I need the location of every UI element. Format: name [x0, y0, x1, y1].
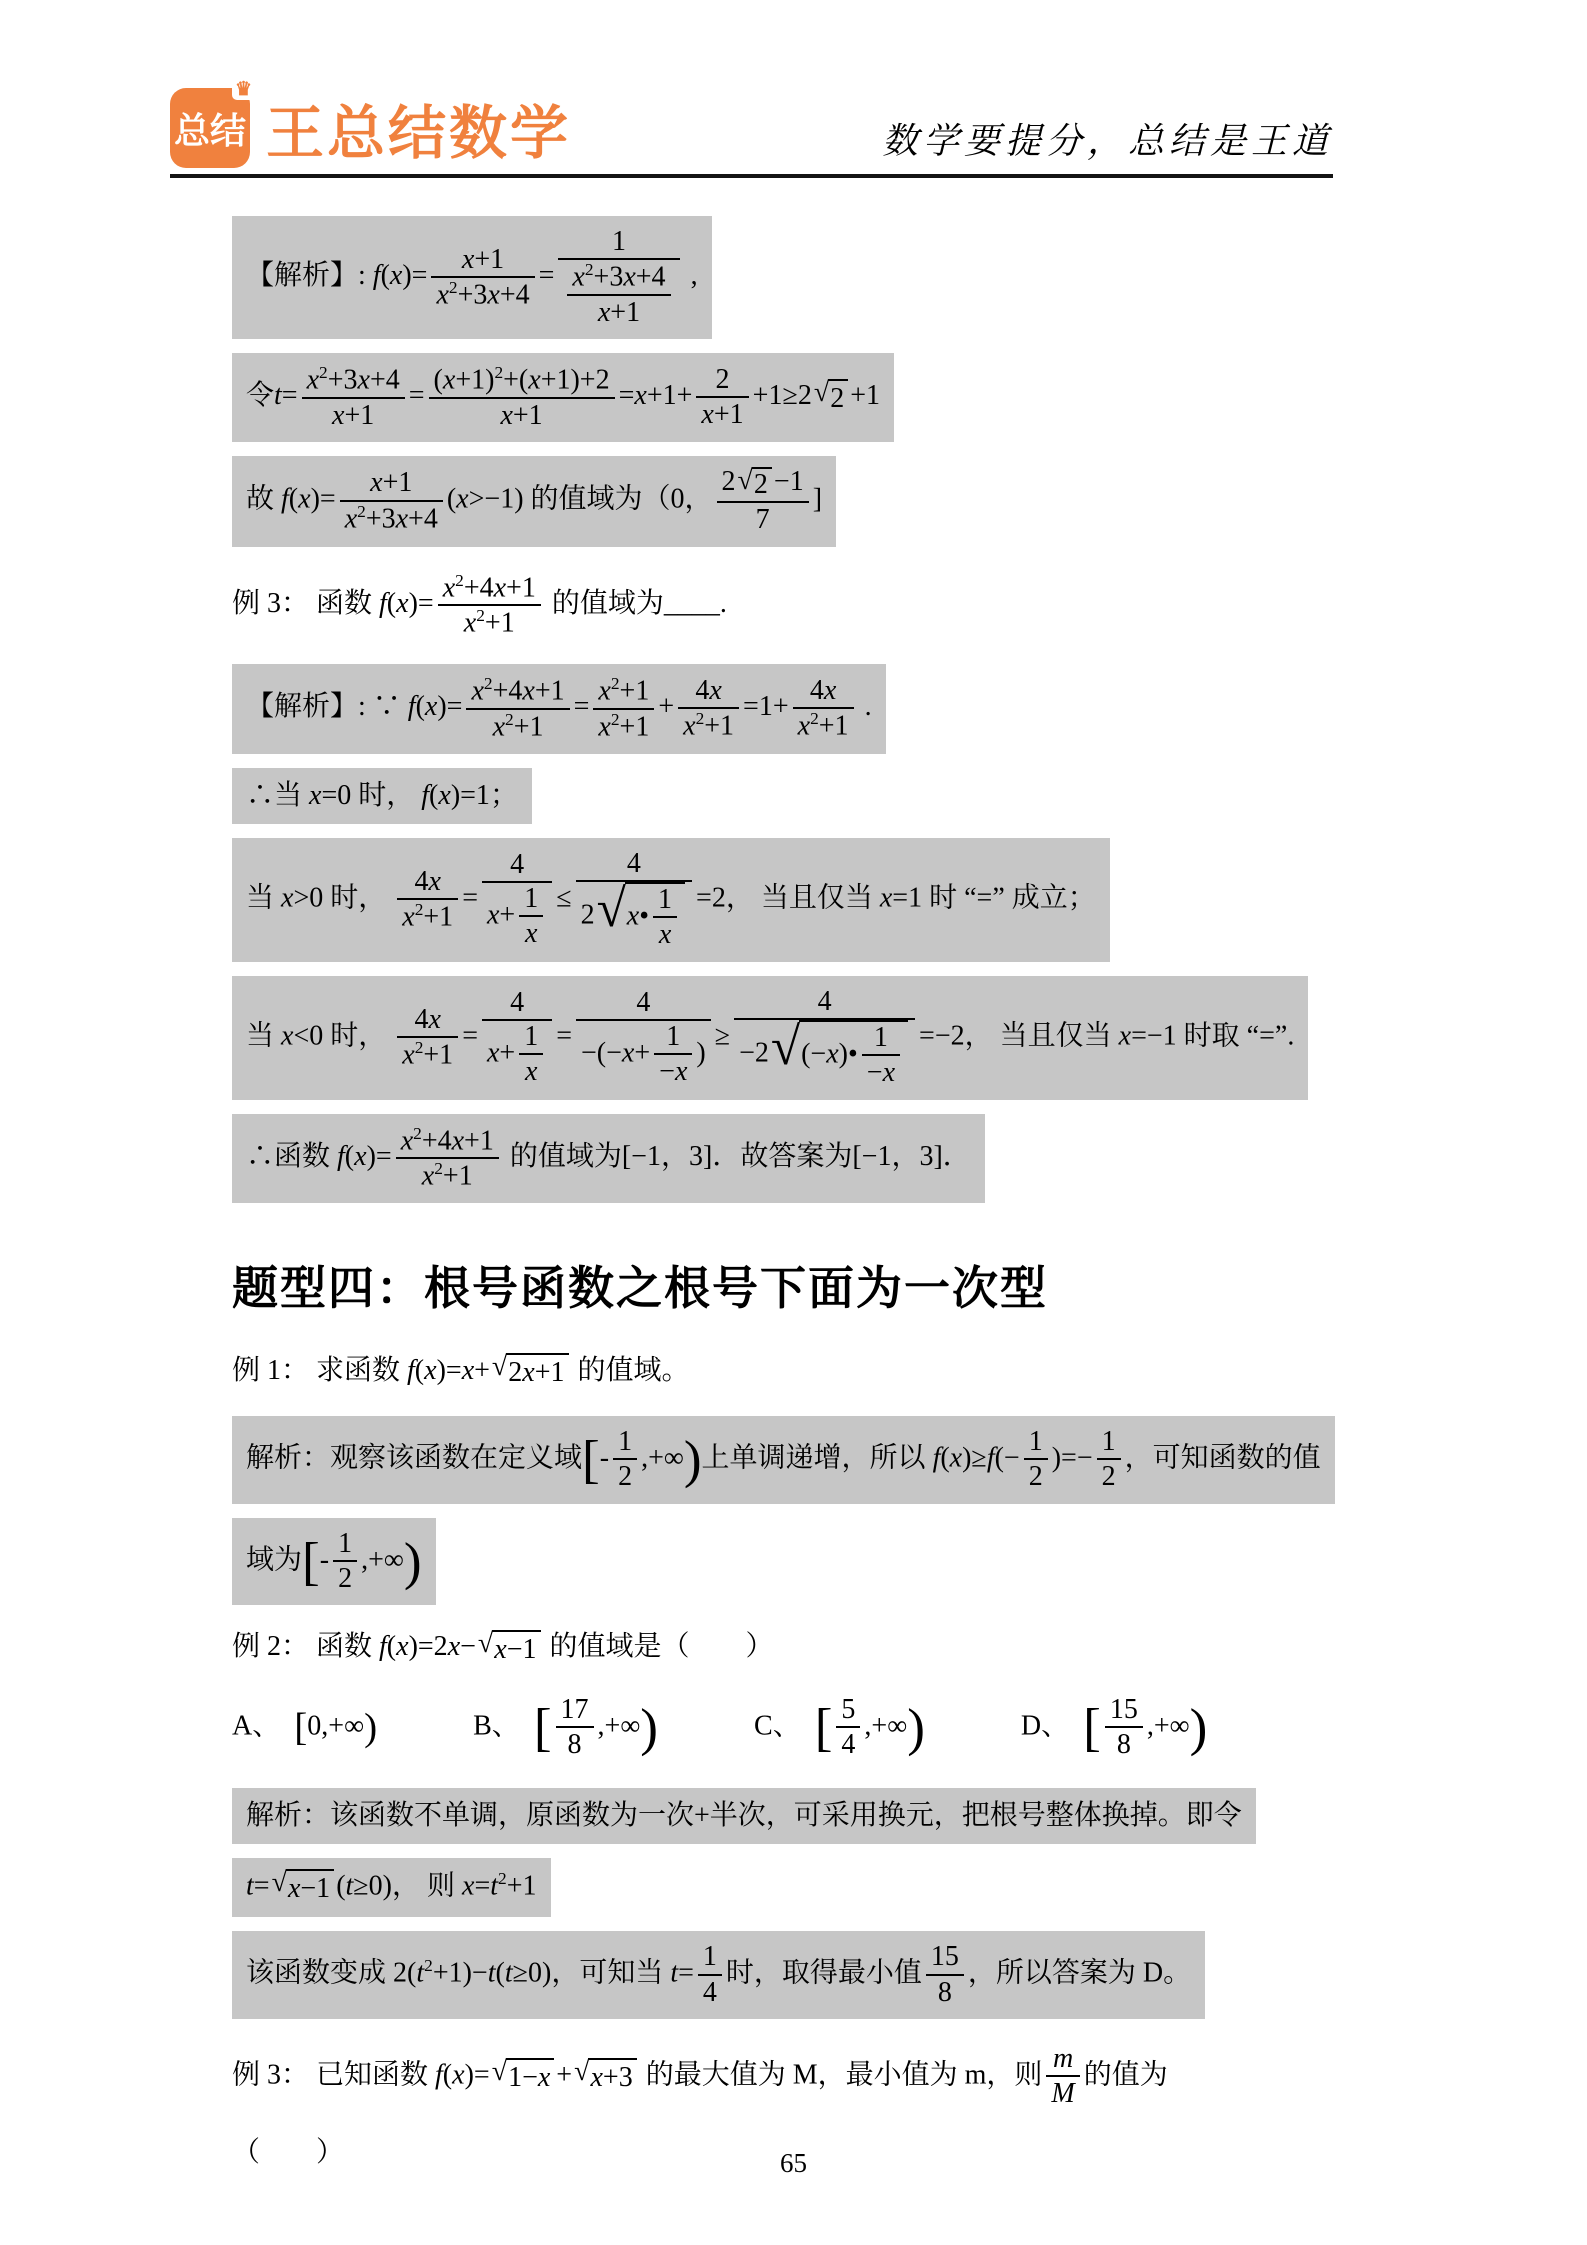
- radicand: x•1x: [625, 882, 685, 952]
- denominator: x2+1: [397, 1036, 458, 1072]
- math-text: +1)+2: [541, 365, 610, 396]
- math-text: +: [658, 691, 674, 722]
- fraction: 2x+1: [696, 364, 748, 432]
- text-run: ，所以答案为 D。: [968, 1958, 1191, 1989]
- text-run: ，可知函数的值: [1125, 1442, 1321, 1473]
- math-text: x: [462, 244, 474, 275]
- document-body: 【解析】: f(x)=x+1x2+3x+4=1x2+3x+4x+1 ,令t=x2…: [232, 202, 1417, 2195]
- brand-name: 王总结数学: [266, 86, 571, 170]
- math-text: 8: [568, 1729, 582, 1760]
- math-text: x: [464, 608, 476, 639]
- math-text: +3: [328, 365, 358, 396]
- fraction: x2+3x+4x+1: [567, 260, 670, 329]
- superscript: 2: [449, 278, 458, 297]
- text-run: 时，: [323, 882, 393, 913]
- math-text: +1: [474, 244, 504, 275]
- math-text: )=1: [451, 780, 490, 811]
- math-text: +: [499, 899, 515, 930]
- text-run: 当: [246, 882, 281, 913]
- square-root: √1−x: [492, 2058, 555, 2096]
- text-run: D、: [1021, 1711, 1069, 1742]
- math-text: +1: [443, 1161, 473, 1192]
- denominator: x2+3x+4: [431, 276, 534, 312]
- text-run: 时，取得最小值: [726, 1958, 922, 1989]
- math-text: ,+∞: [361, 1544, 404, 1575]
- numerator: x+1: [340, 467, 443, 499]
- math-text: =−1: [1131, 1020, 1177, 1051]
- math-text: <0: [293, 1020, 323, 1051]
- square-root: √2: [738, 467, 772, 501]
- fraction: 12: [333, 1528, 357, 1596]
- fraction: x2+4x+1x2+1: [466, 674, 569, 743]
- math-text: +1: [850, 380, 880, 411]
- text-run: 例 2： 函数: [232, 1631, 379, 1662]
- numerator: 4x: [793, 675, 854, 707]
- superscript: 2: [413, 1124, 422, 1143]
- fraction: 1x: [653, 884, 677, 952]
- options-row: A、[0,+∞)B、[178,+∞)C、[54,+∞)D、[158,+∞): [232, 1694, 1417, 1762]
- text-run: ， 当且仅当: [726, 882, 880, 913]
- math-text: +1: [513, 400, 543, 431]
- fraction: 4xx2+1: [397, 1004, 458, 1072]
- math-text: f: [379, 588, 387, 619]
- radicand: 1−x: [506, 2058, 554, 2096]
- math-text: t: [505, 1958, 513, 1989]
- math-text: +1: [423, 901, 453, 932]
- math-text: −: [867, 1057, 883, 1088]
- math-text: +1: [704, 710, 734, 741]
- math-text: 15: [931, 1941, 959, 1972]
- math-text: x: [370, 467, 382, 498]
- numerator: x2+4x+1: [396, 1124, 499, 1158]
- text-run: 【解析】:: [246, 260, 373, 291]
- text-run: ∴当: [246, 780, 309, 811]
- math-text: ): [696, 1037, 705, 1068]
- text-run: 解析：观察该函数在定义域: [246, 1442, 582, 1473]
- math-text: )=: [409, 588, 434, 619]
- numerator: 1: [654, 1021, 692, 1053]
- math-text: =: [539, 260, 555, 291]
- math-text: +1: [344, 400, 374, 431]
- math-text: 1: [874, 1022, 888, 1053]
- square-root: √x+3: [574, 2058, 637, 2096]
- numerator: x2+3x+4: [302, 363, 405, 397]
- analysis-block-7: 当 x<0 时， 4xx2+1=4x+1x=4−(−x+1−x)≥4−2√(−x…: [232, 976, 1308, 1100]
- math-text: =: [678, 1958, 694, 1989]
- math-text: 2: [508, 1357, 522, 1388]
- numerator: 1: [653, 884, 677, 916]
- math-text: x: [950, 1442, 962, 1473]
- denominator: 4: [836, 1726, 860, 1762]
- math-text: f: [373, 260, 381, 291]
- superscript: 2: [810, 709, 819, 728]
- math-text: •: [639, 900, 649, 931]
- math-text: >−1): [469, 484, 524, 515]
- math-text: x: [401, 1125, 413, 1156]
- math-text: (: [434, 365, 443, 396]
- fraction: 158: [926, 1941, 964, 2009]
- numerator: 4x: [678, 675, 739, 707]
- crown-icon: ♛: [232, 79, 255, 100]
- math-text: =: [619, 380, 635, 411]
- math-text: +4: [500, 279, 530, 310]
- math-text: +(: [503, 365, 528, 396]
- numerator: 4: [576, 848, 692, 880]
- math-text: 15: [1110, 1694, 1138, 1725]
- superscript: 2: [611, 710, 620, 729]
- math-text: =−2: [919, 1020, 965, 1051]
- math-text: x: [281, 1020, 293, 1051]
- math-text: x: [471, 675, 483, 706]
- math-text: t: [274, 380, 282, 411]
- math-text: ≥0): [353, 1871, 392, 1902]
- stretchy-delimiter: ): [907, 1701, 925, 1754]
- math-text: x: [528, 365, 540, 396]
- math-text: x: [623, 262, 635, 293]
- stretchy-delimiter: [: [534, 1701, 552, 1754]
- text-run: 上单调递增，所以: [702, 1442, 933, 1473]
- numerator: 4: [482, 849, 552, 881]
- math-text: )=: [437, 1355, 462, 1386]
- math-text: x: [443, 572, 455, 603]
- math-text: 4: [510, 987, 524, 1018]
- math-text: +4: [408, 503, 438, 534]
- math-text: x: [675, 1056, 687, 1087]
- math-text: +: [474, 1355, 490, 1386]
- math-text: (: [345, 1141, 354, 1172]
- numerator: 1: [519, 1021, 543, 1053]
- radical-sign: √: [492, 1353, 507, 1381]
- math-text: x: [522, 675, 534, 706]
- fraction: 4x+1x: [482, 987, 552, 1089]
- math-text: 4: [415, 866, 429, 897]
- math-text: =: [574, 691, 590, 722]
- math-text: +1: [506, 572, 536, 603]
- math-text: x: [500, 400, 512, 431]
- denominator: 8: [556, 1726, 594, 1762]
- solution2-line3: 该函数变成 2(t2+1)−t(t≥0)，可知当 t=14时，取得最小值158，…: [232, 1931, 1205, 2019]
- math-text: >0: [293, 882, 323, 913]
- math-text: x: [598, 711, 610, 742]
- math-text: ,+∞: [598, 1711, 641, 1742]
- superscript: 2: [484, 674, 493, 693]
- text-run: 【解析】: ∵: [246, 691, 408, 722]
- math-text: +1: [383, 467, 413, 498]
- math-text: x: [298, 484, 310, 515]
- math-text: 2: [581, 899, 595, 930]
- math-text: +1: [714, 399, 744, 430]
- radicand: 2: [752, 467, 772, 501]
- solution1-line2: 域为[-12,+∞): [232, 1518, 436, 1606]
- math-text: 4: [636, 987, 650, 1018]
- numerator: 4x: [397, 1004, 458, 1036]
- math-text: x: [402, 1039, 414, 1070]
- stretchy-delimiter: [: [1083, 1701, 1101, 1754]
- fraction: 42√x•1x: [576, 848, 692, 952]
- numerator: 15: [926, 1941, 964, 1973]
- square-root: √2x+1: [492, 1353, 569, 1391]
- denominator: M: [1046, 2075, 1079, 2111]
- brand-badge: ♛ 总结: [170, 88, 250, 168]
- superscript: 2: [434, 1159, 443, 1178]
- numerator: m: [1046, 2043, 1079, 2075]
- fraction: 4−2√(−x)•1−x: [734, 986, 915, 1090]
- numerator: x2+3x+4: [567, 260, 670, 294]
- math-text: x: [493, 711, 505, 742]
- text-run: 解析：该函数不单调，原函数为一次+半次，可采用换元，把根号整体换掉。即令: [246, 1800, 1242, 1831]
- math-text: x: [798, 710, 810, 741]
- math-text: x: [487, 279, 499, 310]
- example3-question: 例 3： 函数 f(x)=x2+4x+1x2+1 的值域为____.: [232, 571, 1417, 640]
- fraction: 178: [556, 1694, 594, 1762]
- fraction: x+1x2+3x+4: [340, 467, 443, 535]
- text-run: 的值域是（ ）: [543, 1631, 774, 1662]
- denominator: 2: [613, 1458, 637, 1494]
- math-text: (: [416, 691, 425, 722]
- denominator: x2+1: [593, 708, 654, 744]
- math-text: x: [634, 380, 646, 411]
- math-text: t: [416, 1958, 424, 1989]
- math-text: 8: [1117, 1729, 1131, 1760]
- radicand: 2: [828, 379, 848, 417]
- numerator: 1: [1097, 1426, 1121, 1458]
- header-slogan: 数学要提分，总结是王道: [882, 113, 1333, 170]
- fraction: 158: [1105, 1694, 1143, 1762]
- math-text: x: [425, 691, 437, 722]
- radicand: x−1: [286, 1869, 334, 1907]
- math-text: =: [282, 380, 298, 411]
- numerator: 1: [613, 1426, 637, 1458]
- math-text: m: [1053, 2043, 1073, 2074]
- math-text: x: [390, 260, 402, 291]
- math-text: [−1，3]: [622, 1141, 712, 1172]
- math-text: 7: [756, 504, 770, 535]
- math-text: +1: [423, 1039, 453, 1070]
- math-text: −1: [300, 1873, 330, 1904]
- denominator: x+1: [429, 397, 615, 433]
- text-run: 当: [246, 1020, 281, 1051]
- math-text: 2: [1029, 1461, 1043, 1492]
- denominator: 2: [1024, 1458, 1048, 1494]
- radical-sign: √: [738, 467, 753, 495]
- math-text: +4: [370, 365, 400, 396]
- math-text: x: [436, 279, 448, 310]
- math-text: x: [487, 899, 499, 930]
- text-run: 例 3： 函数: [232, 588, 379, 619]
- math-text: x: [438, 780, 450, 811]
- math-text: x: [396, 1631, 408, 1662]
- radical-sign: √: [492, 2058, 507, 2086]
- math-text: (: [415, 1355, 424, 1386]
- fraction: x2+4x+1x2+1: [396, 1124, 499, 1193]
- text-run: 的值域为: [503, 1141, 622, 1172]
- text-run: A、: [232, 1711, 280, 1742]
- page-header: ♛ 总结 王总结数学 数学要提分，总结是王道: [170, 86, 1333, 178]
- fraction: 1−x: [862, 1022, 900, 1090]
- math-text: 2: [716, 364, 730, 395]
- math-text: 4: [510, 849, 524, 880]
- math-text: −: [460, 1631, 476, 1662]
- text-run: 该函数变成: [246, 1958, 393, 1989]
- math-text: 1: [703, 1941, 717, 1972]
- math-text: x: [1119, 1020, 1131, 1051]
- superscript: 2: [611, 674, 620, 693]
- text-run: ∴函数: [246, 1141, 337, 1172]
- denominator: 8: [1105, 1726, 1143, 1762]
- math-text: 4: [818, 986, 832, 1017]
- radicand: 2x+1: [506, 1353, 568, 1391]
- math-text: =1+: [743, 691, 789, 722]
- radical-sign: √: [478, 1630, 493, 1658]
- text-run: B、: [473, 1711, 520, 1742]
- math-text: 1: [338, 1528, 352, 1559]
- denominator: 2: [1097, 1458, 1121, 1494]
- stretchy-delimiter: ): [1190, 1701, 1208, 1754]
- math-text: -: [320, 1544, 329, 1575]
- math-text: f: [421, 780, 429, 811]
- math-text: ,+∞: [864, 1711, 907, 1742]
- superscript: 2: [476, 606, 485, 625]
- stretchy-delimiter: [: [302, 1535, 320, 1588]
- square-root: √(−x)•1−x: [771, 1020, 908, 1090]
- example3b-question: 例 3： 已知函数 f(x)=√1−x+√x+3 的最大值为 M，最小值为 m，…: [232, 2043, 1417, 2111]
- math-text: (: [336, 1871, 345, 1902]
- math-text: ≥0): [513, 1958, 552, 1989]
- math-text: x: [598, 297, 610, 328]
- numerator: x2+1: [593, 674, 654, 708]
- math-text: +1: [535, 675, 565, 706]
- page-number: 65: [0, 2148, 1587, 2179]
- math-text: +1)−: [433, 1958, 488, 1989]
- denominator: −x: [654, 1053, 692, 1089]
- text-run: 的值域为____.: [545, 588, 727, 619]
- numerator: 1: [333, 1528, 357, 1560]
- fraction: 14: [698, 1941, 722, 2009]
- math-text: x: [590, 2062, 602, 2093]
- denominator: x+1: [302, 397, 405, 433]
- math-text: +4: [422, 1125, 452, 1156]
- fraction: x2+1x2+1: [593, 674, 654, 743]
- math-text: (: [289, 484, 298, 515]
- text-run: 的值域为（0，: [524, 484, 713, 515]
- text-run: 例 1： 求函数: [232, 1355, 407, 1386]
- numerator: 4: [734, 986, 915, 1018]
- stretchy-delimiter: [: [582, 1433, 600, 1486]
- superscript: 2: [424, 1956, 433, 1975]
- denominator: x: [653, 916, 677, 952]
- denominator: x+1: [696, 396, 748, 432]
- math-text: −1: [774, 466, 804, 497]
- text-run: 时取 “=”.: [1177, 1020, 1295, 1051]
- denominator: x: [519, 915, 543, 951]
- math-text: )=2: [409, 1631, 448, 1662]
- text-run: ．: [943, 1141, 971, 1172]
- math-text: )•: [839, 1038, 858, 1069]
- text-run: 域为: [246, 1544, 302, 1575]
- math-text: (−: [801, 1038, 826, 1069]
- math-text: ,+∞: [641, 1442, 684, 1473]
- text-run: 故: [246, 484, 281, 515]
- math-text: f: [407, 1355, 415, 1386]
- example1-question: 例 1： 求函数 f(x)=x+√2x+1 的值域。: [232, 1353, 1417, 1392]
- numerator: x+1: [431, 244, 534, 276]
- solution1-line1: 解析：观察该函数在定义域[-12,+∞)上单调递增，所以 f(x)≥f(−12)…: [232, 1416, 1335, 1504]
- math-text: 4: [703, 1977, 717, 2008]
- math-text: +: [556, 2060, 572, 2091]
- stretchy-delimiter: ): [640, 1701, 658, 1754]
- math-text: (: [447, 484, 456, 515]
- math-text: x: [572, 262, 584, 293]
- numerator: 1: [1024, 1426, 1048, 1458]
- denominator: x2+1: [438, 604, 541, 640]
- denominator: x2+3x+4x+1: [558, 258, 679, 329]
- math-text: x: [709, 675, 721, 706]
- square-root: √x−1: [272, 1869, 335, 1907]
- math-text: x: [396, 503, 408, 534]
- math-text: x: [494, 572, 506, 603]
- math-text: 1: [524, 1021, 538, 1052]
- math-text: ]: [813, 484, 822, 515]
- numerator: 4x: [397, 866, 458, 898]
- math-text: +: [499, 1037, 515, 1068]
- math-text: −2: [739, 1037, 769, 1068]
- text-run: 例 3： 已知函数: [232, 2060, 435, 2091]
- analysis-block-4: 【解析】: ∵ f(x)=x2+4x+1x2+1=x2+1x2+1+4xx2+1…: [232, 664, 886, 753]
- fraction: 4xx2+1: [678, 675, 739, 743]
- math-text: x: [883, 1057, 895, 1088]
- math-text: +3: [366, 503, 396, 534]
- math-text: f: [379, 1631, 387, 1662]
- math-text: x: [452, 2060, 464, 2091]
- math-text: 5: [841, 1694, 855, 1725]
- fraction: 12: [1024, 1426, 1048, 1494]
- math-text: 1: [524, 883, 538, 914]
- math-text: +1: [485, 608, 515, 639]
- fraction: 2√2−17: [717, 466, 809, 536]
- math-text: x: [824, 675, 836, 706]
- denominator: x2+1: [396, 1157, 499, 1193]
- math-text: x: [354, 1141, 366, 1172]
- math-text: x: [288, 1873, 300, 1904]
- fraction: (x+1)2+(x+1)+2x+1: [429, 363, 615, 432]
- math-text: x: [880, 882, 892, 913]
- math-text: +3: [603, 2062, 633, 2093]
- math-text: x: [422, 1161, 434, 1192]
- math-text: +3: [594, 262, 624, 293]
- math-text: +1: [620, 675, 650, 706]
- analysis-block-3: 故 f(x)=x+1x2+3x+4(x>−1) 的值域为（0，2√2−17]: [232, 456, 836, 546]
- math-text: =1: [892, 882, 922, 913]
- denominator: x2+3x+4: [340, 500, 443, 536]
- numerator: 5: [836, 1694, 860, 1726]
- text-run: 时 “=” 成立；: [922, 882, 1096, 913]
- math-text: 1: [1102, 1426, 1116, 1457]
- math-text: x: [683, 710, 695, 741]
- math-text: +1+: [647, 380, 693, 411]
- math-text: x: [448, 1631, 460, 1662]
- math-text: x: [424, 1355, 436, 1386]
- math-text: f: [408, 691, 416, 722]
- math-text: (: [940, 1442, 949, 1473]
- math-text: +1: [514, 711, 544, 742]
- square-root: √2: [814, 379, 848, 417]
- analysis-block-6: 当 x>0 时， 4xx2+1=4x+1x≤42√x•1x=2， 当且仅当 x=…: [232, 838, 1110, 962]
- math-text: [−1，3]: [852, 1141, 942, 1172]
- math-text: x: [345, 503, 357, 534]
- text-run: ．故答案为: [712, 1141, 852, 1172]
- math-text: +1: [610, 297, 640, 328]
- fraction: 12: [613, 1426, 637, 1494]
